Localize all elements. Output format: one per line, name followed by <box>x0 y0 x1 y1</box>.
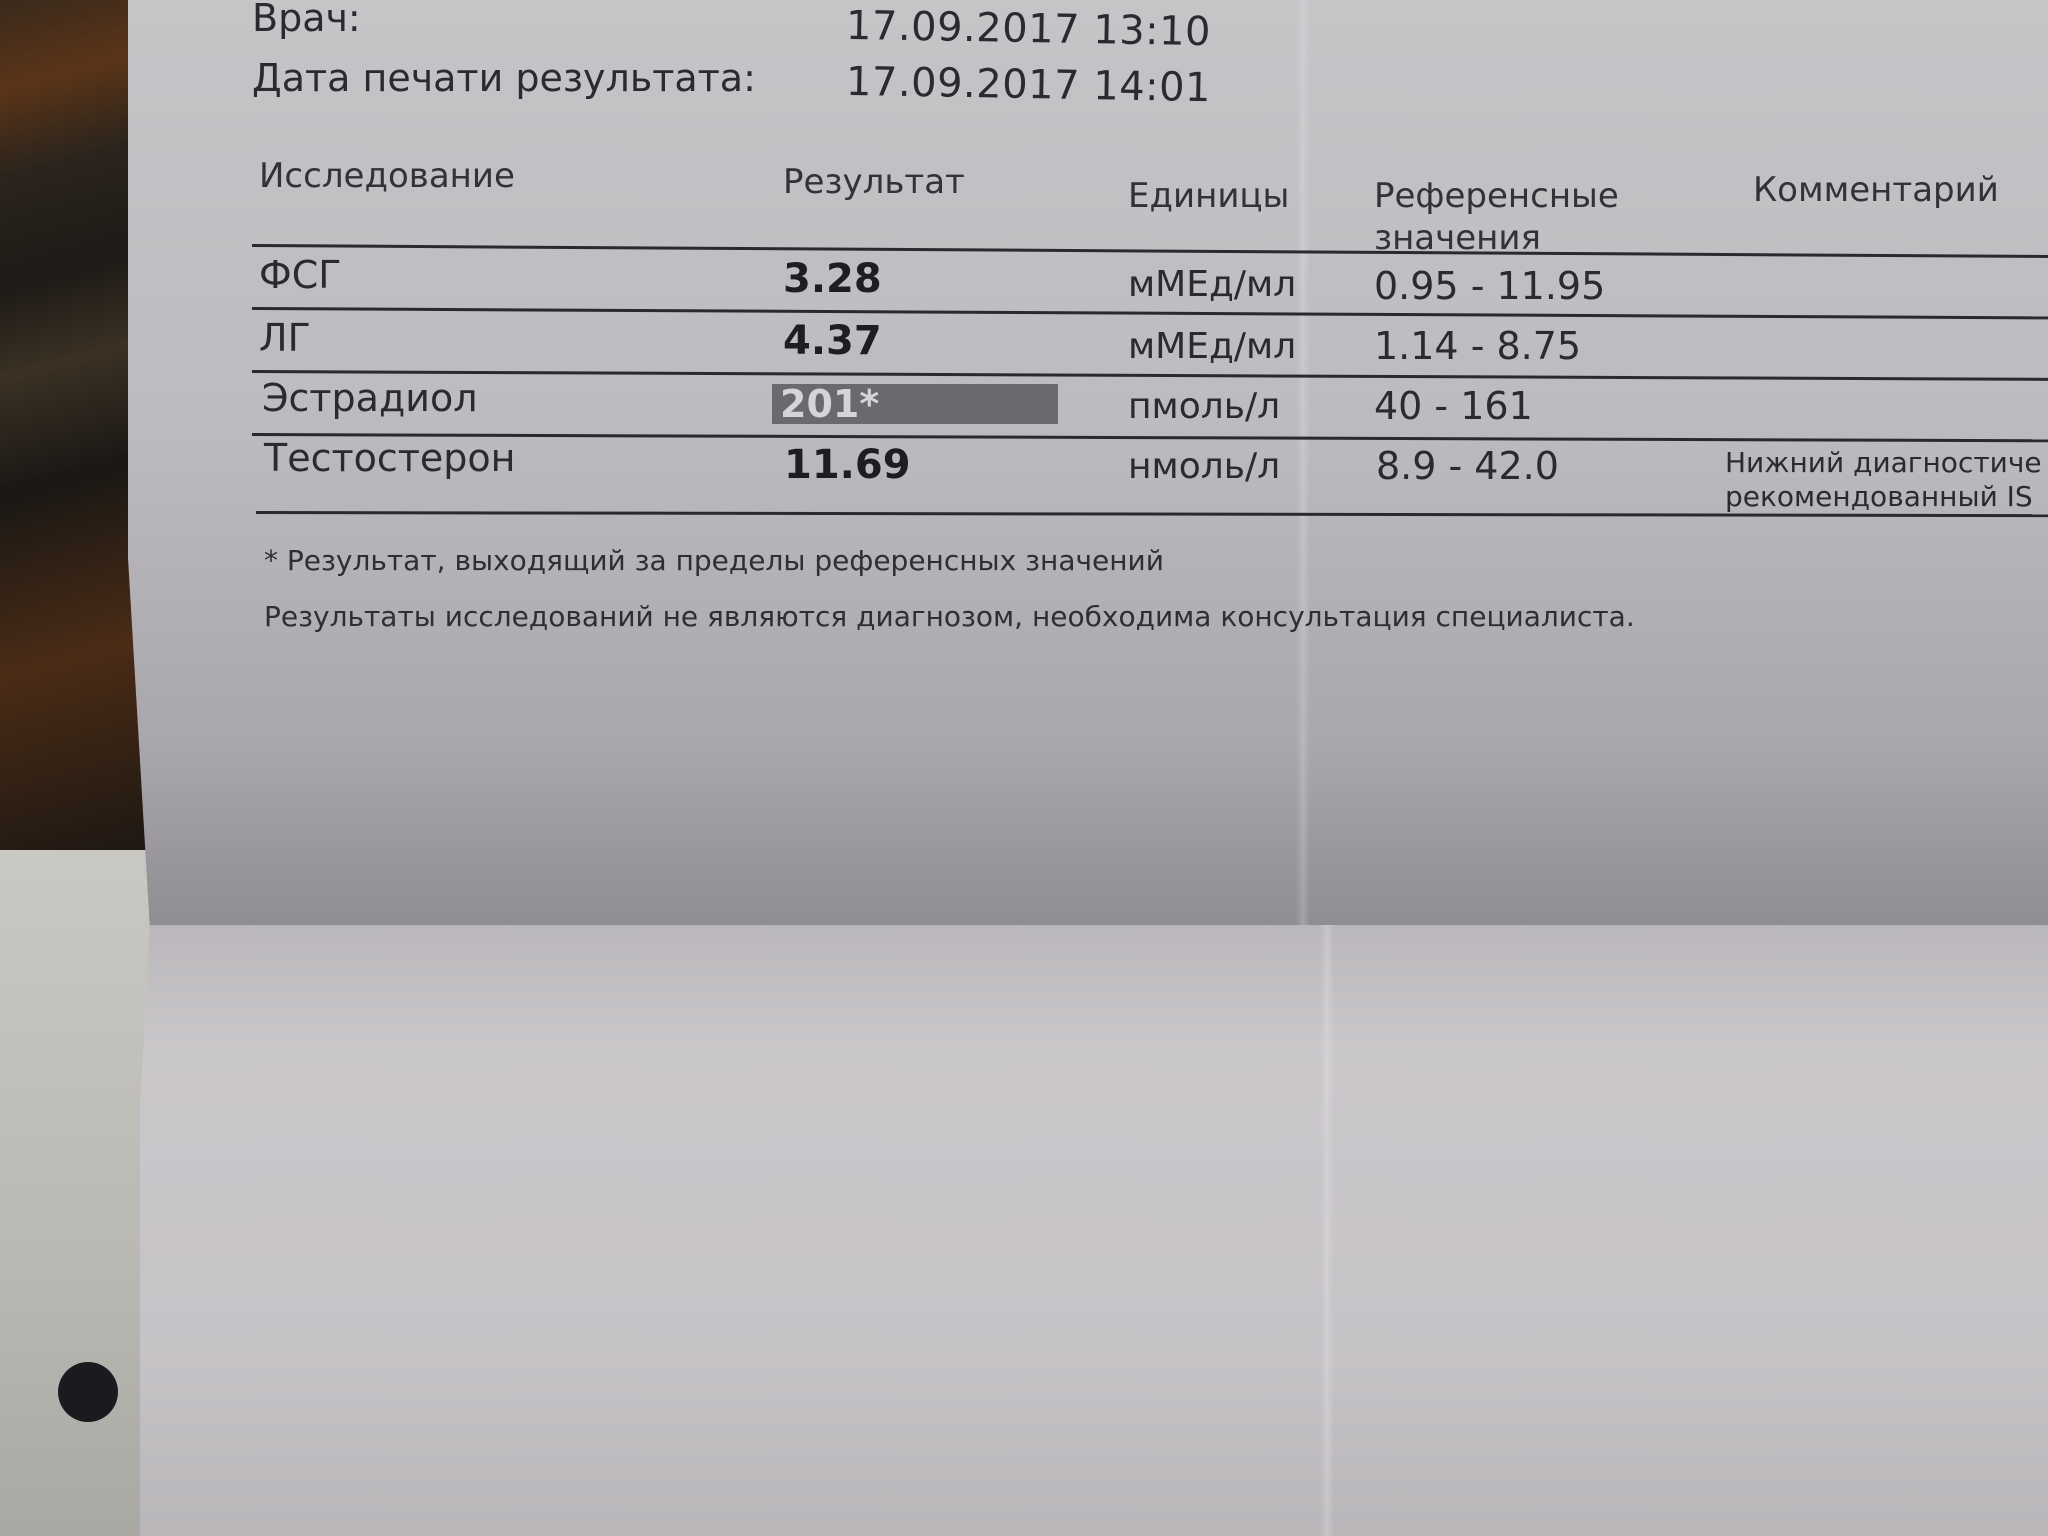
footnote: * Результат, выходящий за пределы рефере… <box>264 544 1164 577</box>
test-result: 201* <box>780 382 879 426</box>
test-name: ЛГ <box>259 316 311 360</box>
paper-crease <box>1320 925 1334 1536</box>
out-of-range-highlight: 201* <box>772 384 1058 424</box>
test-reference: 8.9 - 42.0 <box>1376 444 1559 488</box>
test-name: Эстрадиол <box>262 376 477 420</box>
test-units: нмоль/л <box>1128 446 1280 487</box>
test-units: мМЕд/мл <box>1128 326 1296 367</box>
test-comment: Нижний диагностиче <box>1725 446 2042 480</box>
test-result: 3.28 <box>783 256 882 302</box>
test-reference: 40 - 161 <box>1374 384 1533 428</box>
test-comment-line2: рекомендованный IS <box>1725 480 2033 514</box>
print-date-label: Дата печати результата: <box>252 56 756 100</box>
header-test: Исследование <box>259 156 515 196</box>
header-comment: Комментарий <box>1753 170 1999 210</box>
test-result: 11.69 <box>784 442 911 488</box>
test-name: Тестостерон <box>264 436 516 480</box>
test-units: пмоль/л <box>1128 386 1280 427</box>
test-reference: 0.95 - 11.95 <box>1374 264 1605 308</box>
background-object <box>58 1362 118 1422</box>
test-units: мМЕд/мл <box>1128 264 1296 305</box>
print-datetime: 17.09.2017 14:01 <box>846 59 1212 111</box>
test-reference: 1.14 - 8.75 <box>1374 324 1581 368</box>
header-units: Единицы <box>1128 176 1289 216</box>
header-result: Результат <box>783 162 965 202</box>
test-name: ФСГ <box>259 253 341 297</box>
paper-lower-fold <box>140 925 2048 1536</box>
header-reference: Референсные <box>1374 176 1619 216</box>
paper-crease <box>1296 0 1310 930</box>
doctor-label: Врач: <box>252 0 361 40</box>
doctor-datetime: 17.09.2017 13:10 <box>846 3 1212 55</box>
test-result: 4.37 <box>783 318 882 364</box>
disclaimer: Результаты исследований не являются диаг… <box>264 600 1635 633</box>
